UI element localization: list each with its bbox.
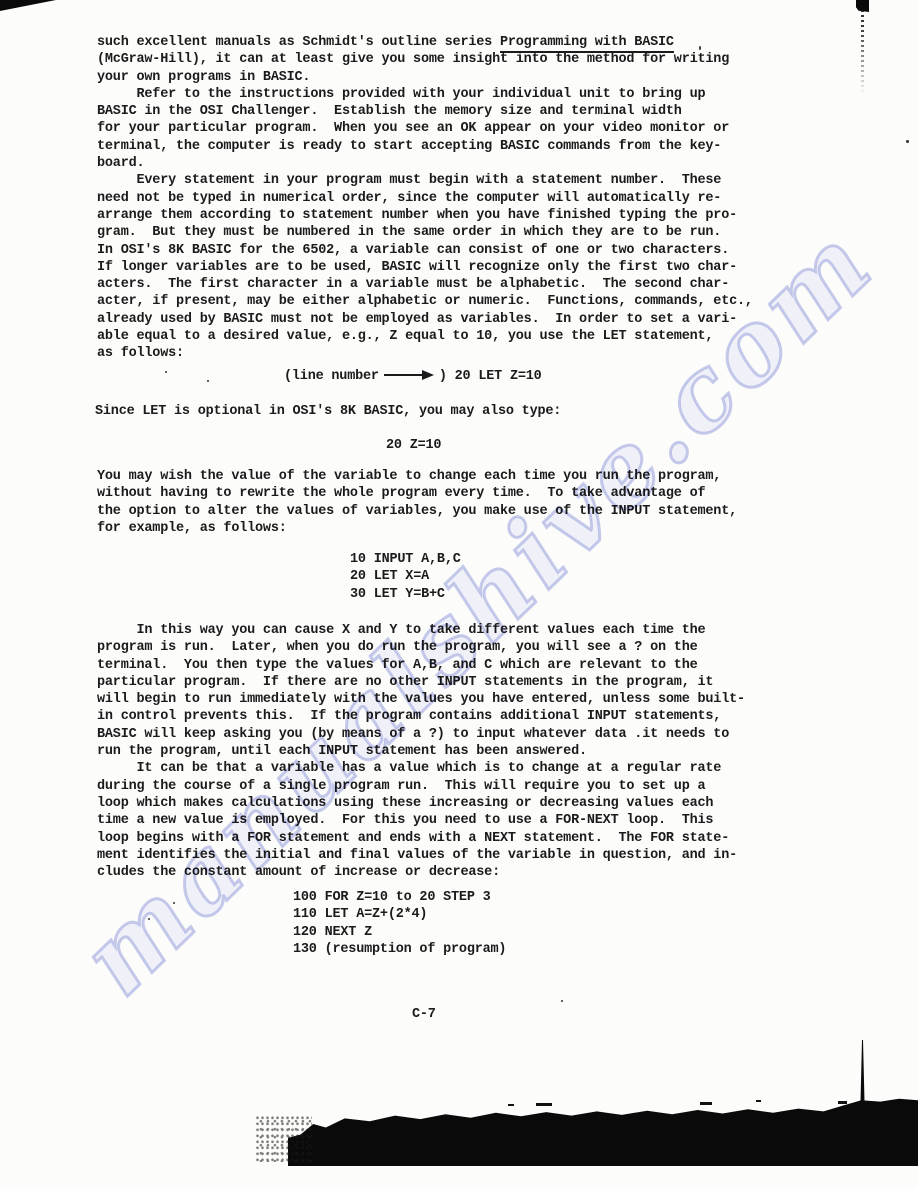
- input-code-block: 10 INPUT A,B,C 20 LET X=A 30 LET Y=B+C: [350, 551, 461, 603]
- scan-artifact-dash: [536, 1103, 552, 1106]
- right-arrow-icon: [384, 369, 434, 386]
- scan-artifact-dash: [838, 1101, 847, 1104]
- intro-body: (McGraw-Hill), it can at least give you …: [97, 52, 753, 361]
- intro-line1-prefix: such excellent manuals as Schmidt's outl…: [97, 35, 500, 50]
- scan-artifact-right-edge-dotted-line: [861, 10, 864, 96]
- page-number: C-7: [412, 1006, 436, 1023]
- scanned-manual-page: manualshive.com such excellent manuals a…: [0, 0, 918, 1188]
- let-example-line: (line number ) 20 LET Z=10: [284, 368, 542, 385]
- scan-speck: [207, 380, 209, 382]
- since-line: Since LET is optional in OSI's 8K BASIC,…: [95, 403, 561, 420]
- scan-speck: [906, 140, 909, 143]
- scan-artifact-bottom-band: [288, 1096, 918, 1166]
- main-paragraph: In this way you can cause X and Y to tak…: [97, 622, 745, 881]
- scan-artifact-dash: [700, 1102, 712, 1105]
- scan-artifact-dash: [508, 1104, 514, 1106]
- book-title-underlined: Programming with BASIC: [500, 35, 674, 53]
- scan-speck: [561, 1000, 563, 1002]
- intro-paragraphs: such excellent manuals as Schmidt's outl…: [97, 34, 753, 363]
- scan-artifact-bottom-band-fade: [256, 1116, 312, 1162]
- for-code-block: 100 FOR Z=10 to 20 STEP 3 110 LET A=Z+(2…: [293, 889, 506, 958]
- scan-speck: [165, 371, 167, 373]
- scan-artifact-dash: [756, 1100, 761, 1102]
- scan-speck: [148, 918, 150, 920]
- z10-code: 20 Z=10: [386, 437, 441, 454]
- line-number-label: (line number: [284, 368, 379, 385]
- scan-speck: [699, 46, 701, 50]
- input-paragraph: You may wish the value of the variable t…: [97, 468, 737, 537]
- scan-artifact-top-left-corner: [0, 0, 56, 11]
- let-example-code: ) 20 LET Z=10: [439, 368, 542, 385]
- scan-speck: [173, 902, 175, 904]
